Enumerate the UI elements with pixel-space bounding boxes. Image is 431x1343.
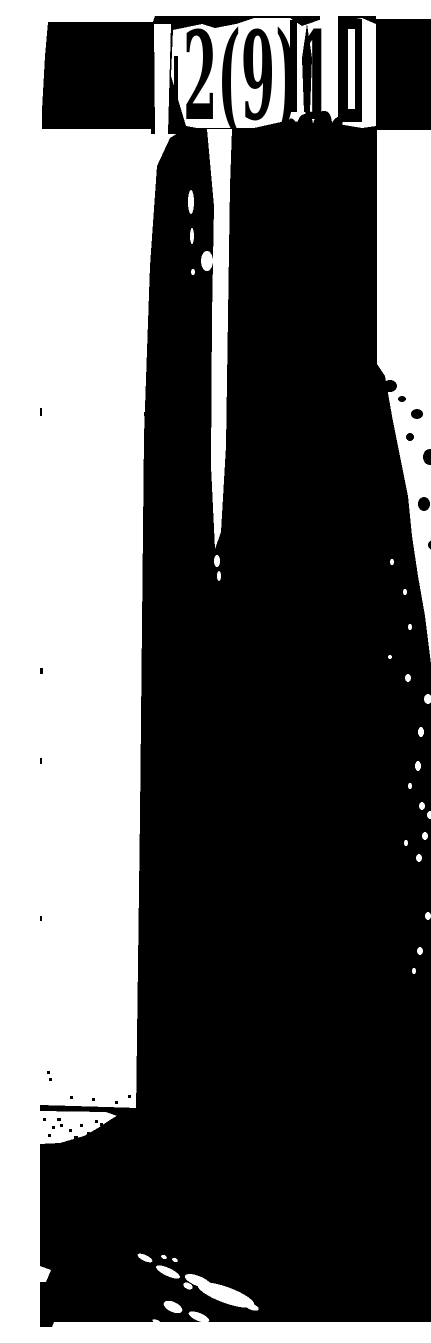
gravel-speck: [57, 1118, 61, 1121]
reflection-speck: [412, 968, 416, 974]
gravel-speck: [100, 1123, 103, 1126]
bottom-white-strip: [52, 1322, 431, 1327]
body-speck: [191, 269, 195, 275]
double-bar-slit: [348, 29, 355, 109]
reflection-speck: [404, 840, 408, 846]
reflection-speck: [419, 802, 425, 810]
contour-dot: [146, 680, 148, 684]
gravel-speck: [95, 1120, 98, 1123]
speckle-blob: [406, 433, 414, 441]
patch-left-stroke: [174, 56, 178, 122]
edge-speck: [49, 1078, 52, 1081]
reflection-speck: [417, 947, 423, 955]
contour-dot: [144, 412, 146, 416]
band-white-streak: [154, 24, 171, 134]
reflection-speck: [415, 761, 421, 771]
frame-mark: [40, 916, 42, 921]
speckle-blob: [382, 559, 388, 565]
shadow-pocket: [403, 589, 407, 595]
frame-mark: [40, 668, 43, 674]
body-speck: [190, 228, 194, 244]
highlight-blob: [201, 251, 213, 271]
gravel-speck: [48, 1134, 51, 1137]
photo-canvas: 2(9)1: [40, 16, 431, 1327]
frame-mark: [40, 408, 42, 416]
edge-speck: [92, 1098, 95, 1101]
speckle-blob: [411, 409, 423, 419]
gravel-speck: [69, 1129, 72, 1132]
speckle-blob: [418, 497, 430, 511]
speckle-blob: [399, 527, 409, 539]
gravel-speck: [80, 1124, 83, 1127]
gravel-speck: [60, 1124, 63, 1127]
highlight-dash: [217, 571, 221, 581]
frame-mark: [47, 1071, 50, 1074]
shadow-pocket: [408, 624, 412, 630]
gravel-speck: [87, 1132, 90, 1135]
reflection-speck: [425, 912, 431, 920]
gravel-speck: [74, 1136, 78, 1139]
contour-dot: [143, 513, 145, 516]
speckle-blob: [391, 467, 399, 477]
edge-speck: [70, 1096, 73, 1099]
marking-stroke: [290, 20, 297, 112]
contour-dot: [142, 786, 144, 789]
speckle-blob: [398, 396, 406, 402]
reflection-speck: [422, 832, 428, 840]
gravel-speck: [52, 1126, 55, 1129]
shadow-pocket: [388, 655, 392, 659]
body-speck: [188, 190, 194, 214]
shadow-pocket: [390, 559, 394, 565]
gravel-speck: [92, 1138, 95, 1141]
edge-speck: [115, 1101, 118, 1104]
gravel-speck: [43, 1118, 46, 1121]
reflection-speck: [408, 783, 412, 789]
speckle-blob: [383, 380, 397, 392]
screenshot-root: 2(9)1: [0, 16, 431, 1327]
binarized-photo: 2(9)1: [40, 16, 431, 1327]
reflection-speck: [405, 674, 411, 682]
frame-mark: [40, 758, 42, 764]
edge-speck: [128, 1095, 131, 1098]
reflection-speck: [416, 854, 422, 862]
reflection-speck: [418, 727, 424, 737]
bottle-silhouette: [136, 128, 377, 1327]
highlight-dash: [214, 555, 220, 567]
speckle-blob: [389, 513, 395, 519]
